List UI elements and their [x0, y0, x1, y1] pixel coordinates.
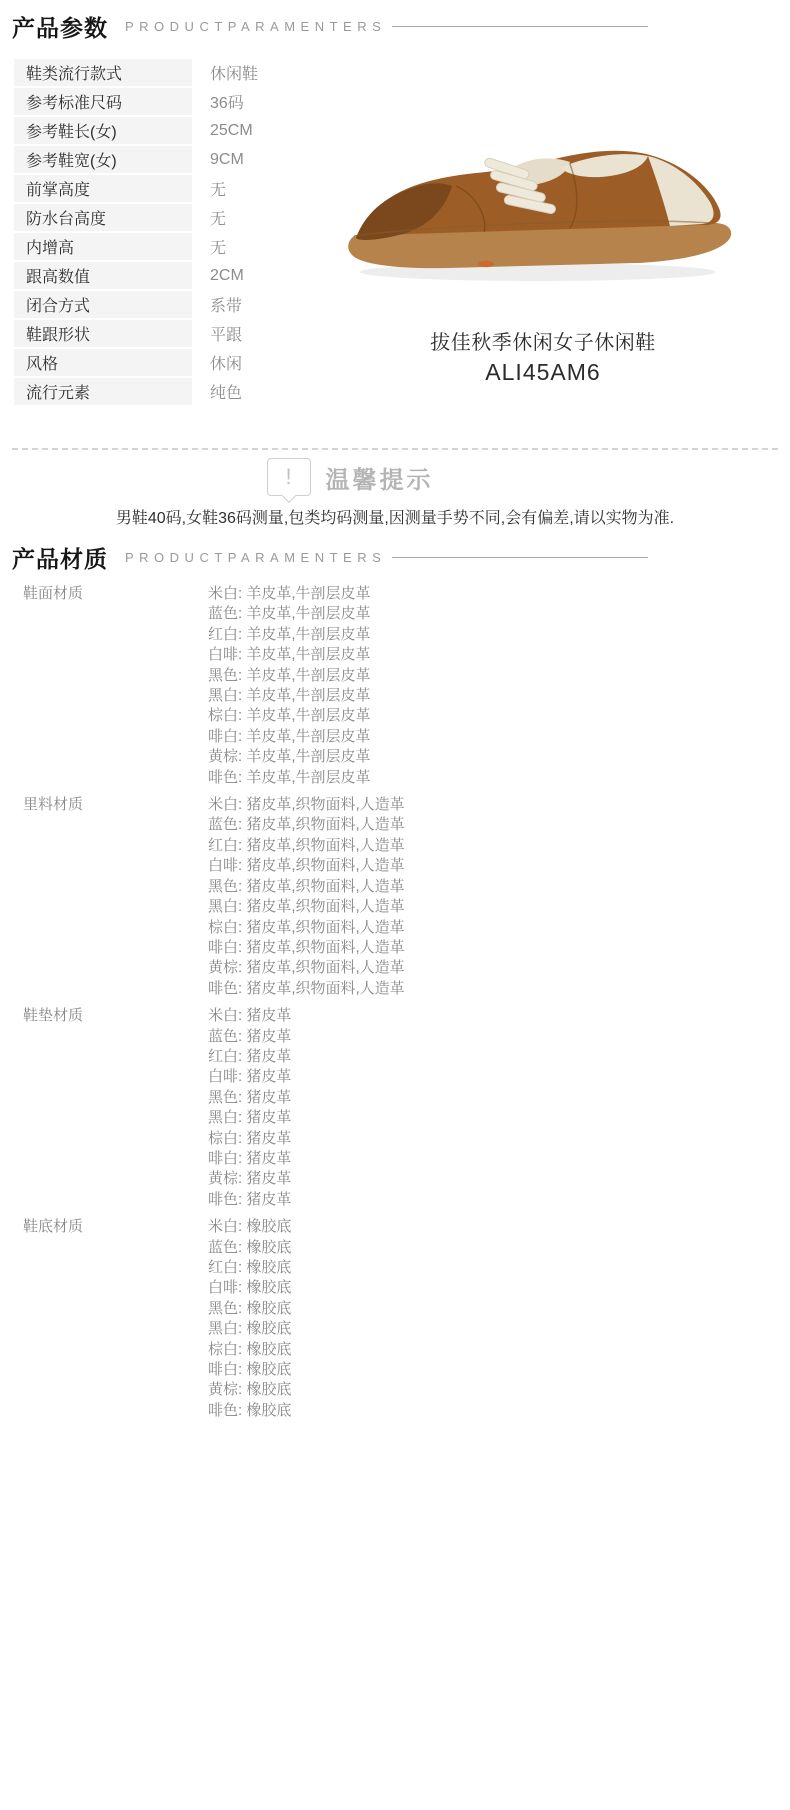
material-item: 黑白: 猪皮革: [208, 1108, 291, 1128]
material-item: 红白: 猪皮革,织物面料,人造革: [208, 836, 405, 856]
param-value: 平跟: [192, 322, 242, 345]
material-item: 啡色: 猪皮革,织物面料,人造革: [208, 979, 405, 999]
material-item: 黄棕: 猪皮革,织物面料,人造革: [208, 958, 405, 978]
param-value: 无: [192, 235, 226, 258]
material-group-label: 鞋底材质: [0, 1217, 208, 1421]
material-item: 啡白: 羊皮革,牛剖层皮革: [208, 727, 371, 747]
material-item: 黑色: 猪皮革: [208, 1088, 291, 1108]
material-item: 红白: 猪皮革: [208, 1047, 291, 1067]
material-item: 米白: 羊皮革,牛剖层皮革: [208, 584, 371, 604]
param-label: 鞋跟形状: [14, 320, 192, 347]
material-item: 黑白: 羊皮革,牛剖层皮革: [208, 686, 371, 706]
param-row: 防水台高度 无: [14, 204, 258, 231]
tips-note: 男鞋40码,女鞋36码测量,包类均码测量,因测量手势不同,会有偏差,请以实物为准…: [0, 505, 790, 528]
material-item: 啡白: 橡胶底: [208, 1360, 291, 1380]
param-label: 风格: [14, 349, 192, 376]
param-label: 前掌高度: [14, 175, 192, 202]
materials-subtitle: PRODUCTPARAMENTERS: [125, 550, 386, 565]
product-image: [338, 100, 748, 290]
material-item: 棕白: 羊皮革,牛剖层皮革: [208, 706, 371, 726]
material-item: 白啡: 羊皮革,牛剖层皮革: [208, 645, 371, 665]
material-group-label: 里料材质: [0, 795, 208, 999]
material-item: 蓝色: 羊皮革,牛剖层皮革: [208, 604, 371, 624]
shoe-image: [338, 100, 748, 290]
material-group-label: 鞋面材质: [0, 584, 208, 788]
param-row: 鞋跟形状 平跟: [14, 320, 258, 347]
material-item: 蓝色: 猪皮革,织物面料,人造革: [208, 815, 405, 835]
params-section-header: 产品参数 PRODUCTPARAMENTERS: [12, 10, 648, 43]
param-value: 纯色: [192, 380, 242, 403]
product-detail-page: 产品参数 PRODUCTPARAMENTERS 鞋类流行款式 休闲鞋 参考标准尺…: [0, 0, 790, 1810]
material-item: 白啡: 橡胶底: [208, 1278, 291, 1298]
materials-list: 鞋面材质 米白: 羊皮革,牛剖层皮革蓝色: 羊皮革,牛剖层皮革红白: 羊皮革,牛…: [0, 584, 790, 1428]
param-value: 9CM: [192, 151, 244, 169]
material-item: 黄棕: 橡胶底: [208, 1380, 291, 1400]
product-model: ALI45AM6: [338, 359, 748, 386]
param-row: 参考鞋宽(女) 9CM: [14, 146, 258, 173]
material-item: 啡白: 猪皮革,织物面料,人造革: [208, 938, 405, 958]
material-item: 蓝色: 猪皮革: [208, 1027, 291, 1047]
material-item: 米白: 橡胶底: [208, 1217, 291, 1237]
tips-header: ! 温馨提示: [0, 458, 790, 496]
materials-title: 产品材质: [12, 541, 108, 574]
param-row: 流行元素 纯色: [14, 378, 258, 405]
param-label: 流行元素: [14, 378, 192, 405]
param-label: 闭合方式: [14, 291, 192, 318]
material-item: 黑色: 猪皮革,织物面料,人造革: [208, 877, 405, 897]
materials-section-header: 产品材质 PRODUCTPARAMENTERS: [12, 541, 648, 574]
material-group-lining: 里料材质 米白: 猪皮革,织物面料,人造革蓝色: 猪皮革,织物面料,人造革红白:…: [0, 795, 790, 999]
param-value: 无: [192, 177, 226, 200]
material-item: 蓝色: 橡胶底: [208, 1238, 291, 1258]
params-title: 产品参数: [12, 10, 108, 43]
material-item: 黄棕: 猪皮革: [208, 1169, 291, 1189]
material-item: 啡色: 橡胶底: [208, 1401, 291, 1421]
param-row: 闭合方式 系带: [14, 291, 258, 318]
material-item: 啡色: 羊皮革,牛剖层皮革: [208, 768, 371, 788]
material-group-upper: 鞋面材质 米白: 羊皮革,牛剖层皮革蓝色: 羊皮革,牛剖层皮革红白: 羊皮革,牛…: [0, 584, 790, 788]
params-subtitle: PRODUCTPARAMENTERS: [125, 19, 386, 34]
param-row: 参考标准尺码 36码: [14, 88, 258, 115]
material-item: 米白: 猪皮革: [208, 1006, 291, 1026]
param-row: 参考鞋长(女) 25CM: [14, 117, 258, 144]
warning-icon: !: [267, 458, 311, 496]
param-label: 参考标准尺码: [14, 88, 192, 115]
param-label: 防水台高度: [14, 204, 192, 231]
material-item: 啡色: 猪皮革: [208, 1190, 291, 1210]
material-item: 黄棕: 羊皮革,牛剖层皮革: [208, 747, 371, 767]
material-item: 红白: 橡胶底: [208, 1258, 291, 1278]
param-row: 风格 休闲: [14, 349, 258, 376]
header-rule: [392, 26, 648, 27]
material-item: 米白: 猪皮革,织物面料,人造革: [208, 795, 405, 815]
material-items: 米白: 橡胶底蓝色: 橡胶底红白: 橡胶底白啡: 橡胶底黑色: 橡胶底黑白: 橡…: [208, 1217, 291, 1421]
param-value: 休闲鞋: [192, 61, 258, 84]
param-label: 鞋类流行款式: [14, 59, 192, 86]
material-item: 棕白: 猪皮革,织物面料,人造革: [208, 918, 405, 938]
material-group-outsole: 鞋底材质 米白: 橡胶底蓝色: 橡胶底红白: 橡胶底白啡: 橡胶底黑色: 橡胶底…: [0, 1217, 790, 1421]
param-row: 内增高 无: [14, 233, 258, 260]
material-item: 棕白: 猪皮革: [208, 1129, 291, 1149]
param-label: 参考鞋宽(女): [14, 146, 192, 173]
material-items: 米白: 猪皮革蓝色: 猪皮革红白: 猪皮革白啡: 猪皮革黑色: 猪皮革黑白: 猪…: [208, 1006, 291, 1210]
param-label: 内增高: [14, 233, 192, 260]
material-item: 黑色: 羊皮革,牛剖层皮革: [208, 666, 371, 686]
material-item: 黑白: 猪皮革,织物面料,人造革: [208, 897, 405, 917]
material-item: 红白: 羊皮革,牛剖层皮革: [208, 625, 371, 645]
param-value: 休闲: [192, 351, 242, 374]
dashed-divider: [12, 448, 778, 450]
material-item: 白啡: 猪皮革: [208, 1067, 291, 1087]
material-item: 黑色: 橡胶底: [208, 1299, 291, 1319]
param-value: 36码: [192, 90, 244, 113]
param-value: 无: [192, 206, 226, 229]
header-rule: [392, 557, 648, 558]
material-group-insole: 鞋垫材质 米白: 猪皮革蓝色: 猪皮革红白: 猪皮革白啡: 猪皮革黑色: 猪皮革…: [0, 1006, 790, 1210]
material-item: 白啡: 猪皮革,织物面料,人造革: [208, 856, 405, 876]
param-row: 前掌高度 无: [14, 175, 258, 202]
param-label: 跟高数值: [14, 262, 192, 289]
param-row: 鞋类流行款式 休闲鞋: [14, 59, 258, 86]
param-row: 跟高数值 2CM: [14, 262, 258, 289]
material-item: 黑白: 橡胶底: [208, 1319, 291, 1339]
param-value: 2CM: [192, 267, 244, 285]
material-group-label: 鞋垫材质: [0, 1006, 208, 1210]
product-name: 拔佳秋季休闲女子休闲鞋: [338, 326, 748, 355]
param-label: 参考鞋长(女): [14, 117, 192, 144]
param-table: 鞋类流行款式 休闲鞋 参考标准尺码 36码 参考鞋长(女) 25CM 参考鞋宽(…: [14, 59, 258, 407]
tips-title: 温馨提示: [326, 460, 434, 495]
material-items: 米白: 猪皮革,织物面料,人造革蓝色: 猪皮革,织物面料,人造革红白: 猪皮革,…: [208, 795, 405, 999]
material-items: 米白: 羊皮革,牛剖层皮革蓝色: 羊皮革,牛剖层皮革红白: 羊皮革,牛剖层皮革白…: [208, 584, 371, 788]
param-value: 25CM: [192, 122, 253, 140]
material-item: 棕白: 橡胶底: [208, 1340, 291, 1360]
material-item: 啡白: 猪皮革: [208, 1149, 291, 1169]
param-value: 系带: [192, 293, 242, 316]
